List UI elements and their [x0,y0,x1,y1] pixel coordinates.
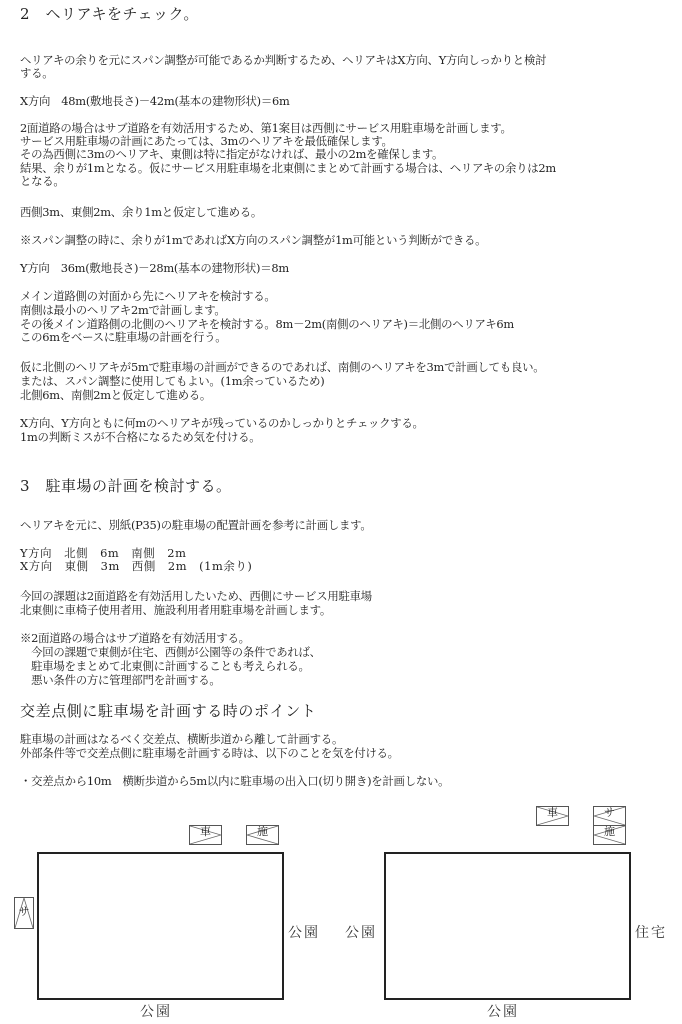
section3-note-line4: 悪い条件の方に管理部門を計画する。 [20,674,221,687]
section3-note-line3: 駐車場をまとめて北東側に計画することも考えられる。 [20,660,310,673]
section3-note-line1: ※2面道路の場合はサブ道路を有効活用する。 [20,632,250,645]
plan-paragraph-line2: 北東側に車椅子使用者用、施設利用者用駐車場を計画します。 [20,604,331,617]
wheelchair-parking-icon: 車 [536,806,569,826]
y-paragraph-line2: 南側は最小のヘリアキ2mで計画します。 [20,304,226,317]
two-road-line3: その為西側に3mのヘリアキ、東側は特に指定がなければ、最小の2mを確保します。 [20,148,443,161]
section2-intro-line1: ヘリアキの余りを元にスパン調整が可能であるか判断するため、ヘリアキはX方向、Y方… [20,54,546,67]
x-assumption: 西側3m、東側2m、余り1mと仮定して進める。 [20,206,262,219]
y-paragraph-line1: メイン道路側の対面から先にヘリアキを検討する。 [20,290,276,303]
south-label: 公園 [487,1004,519,1020]
check-note-line2: 1mの判断ミスが不合格になるため気を付ける。 [20,431,260,444]
intersection-paragraph-line1: 駐車場の計画はなるべく交差点、横断歩道から離して計画する。 [20,733,343,746]
south-label: 公園 [140,1004,172,1020]
setback-x: X方向 東側 3m 西側 2m (1m余り) [20,560,252,573]
check-note-line1: X方向、Y方向ともに何mのヘリアキが残っているのかしっかりとチェックする。 [20,417,424,430]
plan-paragraph-line1: 今回の課題は2面道路を有効活用したいため、西側にサービス用駐車場 [20,590,372,603]
section3-note-line2: 今回の課題で東側が住宅、西側が公園等の条件であれば、 [20,646,321,659]
wheelchair-parking-icon: 車 [189,825,222,845]
service-parking-icon: サ [14,897,34,929]
y-direction-formula: Y方向 36m(敷地長さ)－28m(基本の建物形状)＝8m [20,262,289,275]
x-note: ※スパン調整の時に、余りが1mであればX方向のスパン調整が1m可能という判断がで… [20,234,486,247]
intersection-paragraph-line2: 外部条件等で交差点側に駐車場を計画する時は、以下のことを気を付ける。 [20,747,399,760]
two-road-line4: 結果、余りが1mとなる。仮にサービス用駐車場を北東側にまとめて計画する場合は、ヘ… [20,162,556,175]
section3-intro: ヘリアキを元に、別紙(P35)の駐車場の配置計画を参考に計画します。 [20,519,372,532]
y-alternative-line3: 北側6m、南側2mと仮定して進める。 [20,389,211,402]
intersection-heading: 交差点側に駐車場を計画する時のポイント [20,702,316,720]
service-parking-icon: サ [593,806,626,826]
y-alternative-line1: 仮に北側のヘリアキが5mで駐車場の計画ができるのであれば、南側のヘリアキを3mで… [20,361,544,374]
section3-heading: 3 駐車場の計画を検討する。 [20,477,232,495]
facility-parking-icon: 施 [593,825,626,845]
site-outline [37,852,284,1000]
x-direction-formula: X方向 48m(敷地長さ)－42m(基本の建物形状)＝6m [20,95,290,108]
east-label: 住宅 [635,925,667,941]
west-label: 公園 [345,925,377,941]
east-label: 公園 [288,925,320,941]
y-alternative-line2: または、スパン調整に使用してもよい。(1m余っているため) [20,375,324,388]
site-outline [384,852,631,1000]
facility-parking-icon: 施 [246,825,279,845]
section2-intro-line2: する。 [20,67,53,80]
intersection-bullet: ・交差点から10m 横断歩道から5m以内に駐車場の出入口(切り開き)を計画しない… [20,775,449,788]
y-paragraph-line4: この6mをベースに駐車場の計画を行う。 [20,331,226,344]
section2-heading: 2 ヘリアキをチェック。 [20,5,199,23]
two-road-line5: となる。 [20,175,65,188]
